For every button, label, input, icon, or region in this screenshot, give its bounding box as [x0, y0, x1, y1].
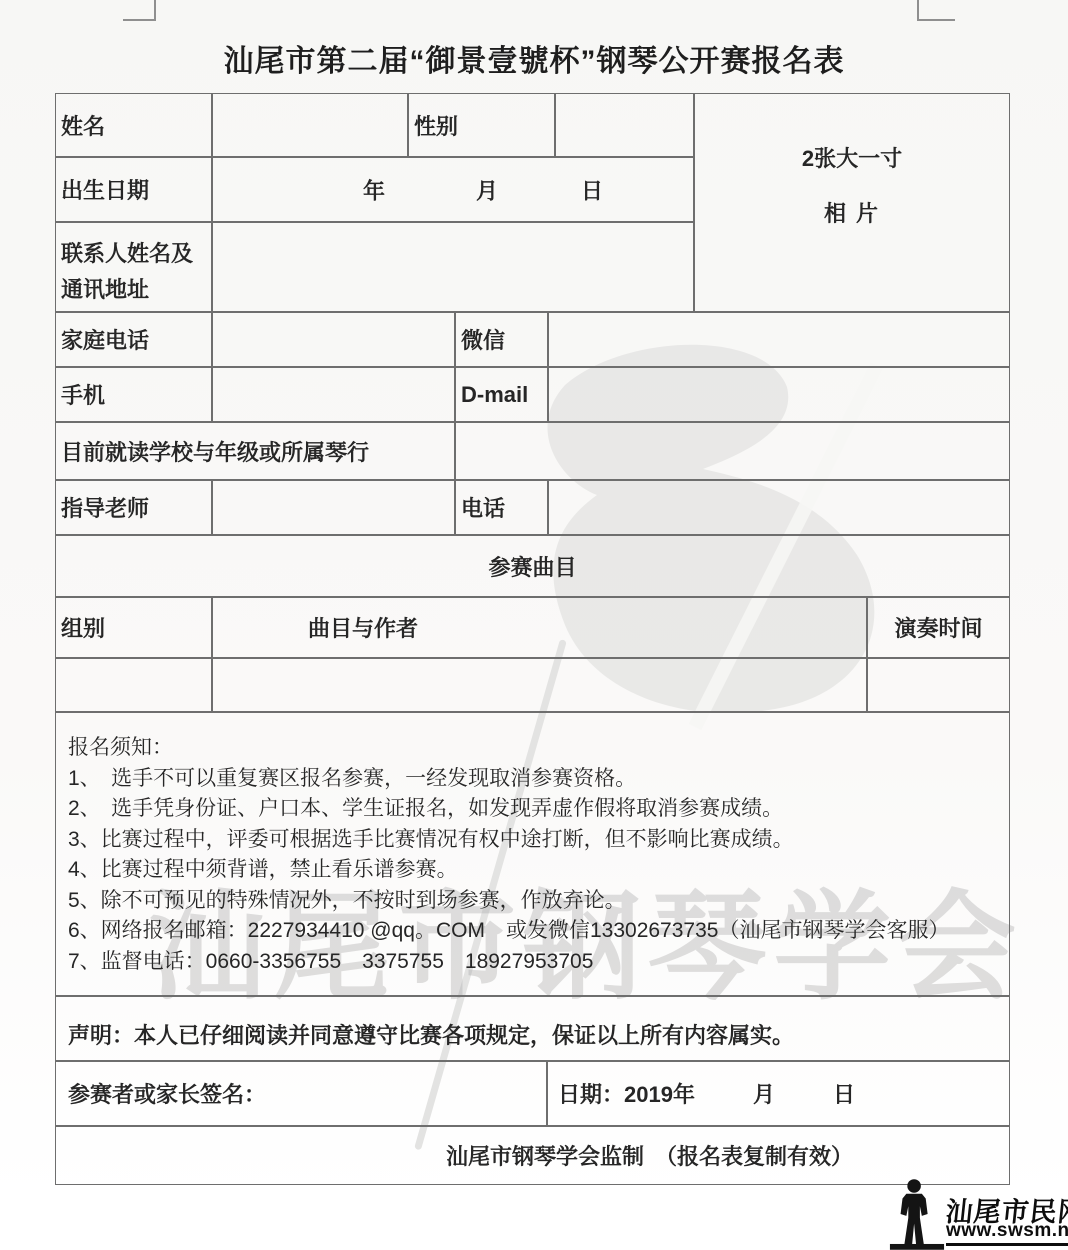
school-input[interactable] [455, 422, 1010, 480]
notes-heading: 报名须知： [68, 733, 995, 764]
date-month-label: 月 [753, 1078, 775, 1109]
time-input[interactable] [867, 658, 1010, 712]
contact-label: 联系人姓名及 通讯地址 [55, 222, 212, 312]
form-footer: 汕尾市钢琴学会监制 （报名表复制有效） [55, 1126, 1010, 1185]
date-input[interactable]: 日期：2019年 月 日 [547, 1061, 1010, 1126]
note-item-6: 6、网络报名邮箱：2227934410 @qq。COM 或发微信13302673… [68, 916, 995, 947]
person-silhouette-icon [888, 1178, 946, 1250]
group-input[interactable] [55, 658, 212, 712]
date-day-label: 日 [833, 1078, 855, 1109]
name-label: 姓名 [55, 93, 212, 157]
swsm-logo: 汕尾市民网 www.swsm.net [888, 1176, 1068, 1250]
group-header: 组别 [55, 597, 212, 658]
dmail-input[interactable] [548, 367, 1010, 422]
mobile-label: 手机 [55, 367, 212, 422]
dmail-label: D-mail [455, 367, 548, 422]
note-item-2: 2、 选手凭身份证、户口本、学生证报名，如发现弄虚作假将取消参赛成绩。 [68, 794, 995, 825]
note-item-4: 4、比赛过程中须背谱，禁止看乐谱参赛。 [68, 855, 995, 886]
declaration-text: 声明：本人已仔细阅读并同意遵守比赛各项规定，保证以上所有内容属实。 [55, 996, 1010, 1061]
birth-month-label: 月 [476, 174, 498, 205]
date-prefix: 日期：2019年 [558, 1078, 695, 1109]
contact-label-line1: 联系人姓名及 [61, 236, 193, 272]
wechat-input[interactable] [548, 312, 1010, 367]
birthdate-label: 出生日期 [55, 157, 212, 222]
wechat-label: 微信 [455, 312, 548, 367]
note-item-3: 3、比赛过程中，评委可根据选手比赛情况有权中途打断，但不影响比赛成绩。 [68, 825, 995, 856]
registration-table: 姓名 性别 2张大一寸 相 片 出生日期 年 月 日 联系人姓名及 通讯地址 家… [0, 0, 1068, 1250]
note-item-7: 7、监督电话：0660-3356755 3375755 18927953705 [68, 947, 995, 978]
swsm-site-url: www.swsm.net [946, 1220, 1068, 1246]
mobile-input[interactable] [212, 367, 455, 422]
school-label: 目前就读学校与年级或所属琴行 [55, 422, 455, 480]
photo-box-line1: 2张大一寸 [802, 142, 902, 173]
home-phone-input[interactable] [212, 312, 455, 367]
note-item-5: 5、除不可预见的特殊情况外，不按时到场参赛，作放弃论。 [68, 886, 995, 917]
teacher-phone-label: 电话 [455, 480, 548, 535]
time-header: 演奏时间 [867, 597, 1010, 658]
notes-section: 报名须知： 1、 选手不可以重复赛区报名参赛，一经发现取消参赛资格。 2、 选手… [55, 712, 1010, 996]
piece-header: 曲目与作者 [212, 597, 867, 658]
teacher-phone-input[interactable] [548, 480, 1010, 535]
piece-input[interactable] [212, 658, 867, 712]
teacher-input[interactable] [212, 480, 455, 535]
gender-input[interactable] [555, 93, 694, 157]
registration-form-page: 汕尾市钢琴学会 汕尾市第二届“御景壹號杯”钢琴公开赛报名表 姓名 性别 2张大一… [0, 0, 1068, 1250]
name-input[interactable] [212, 93, 408, 157]
gender-label: 性别 [408, 93, 555, 157]
birthdate-input[interactable]: 年 月 日 [212, 157, 694, 222]
photo-box: 2张大一寸 相 片 [694, 93, 1010, 312]
home-phone-label: 家庭电话 [55, 312, 212, 367]
birth-year-label: 年 [363, 174, 385, 205]
repertoire-section-title: 参赛曲目 [55, 535, 1010, 597]
birth-day-label: 日 [581, 174, 603, 205]
teacher-label: 指导老师 [55, 480, 212, 535]
photo-box-line2: 相 片 [824, 197, 880, 228]
contact-input[interactable] [212, 222, 694, 312]
contact-label-line2: 通讯地址 [61, 272, 193, 308]
note-item-1: 1、 选手不可以重复赛区报名参赛，一经发现取消参赛资格。 [68, 764, 995, 795]
signature-input[interactable]: 参赛者或家长签名： [55, 1061, 547, 1126]
